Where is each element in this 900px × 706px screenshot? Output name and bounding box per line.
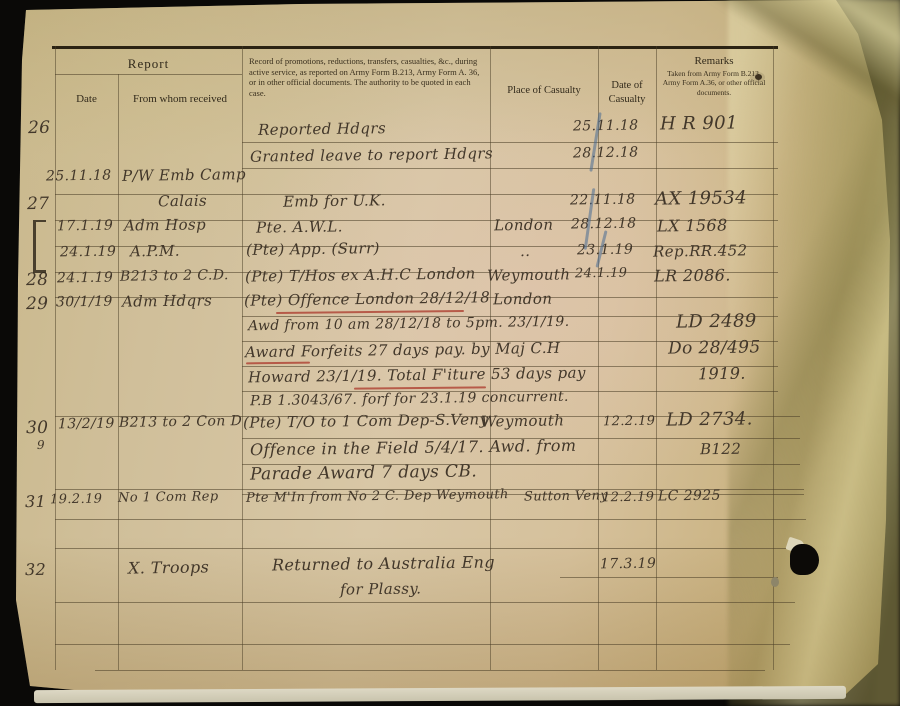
casualty-date: 12.2.19 [603,414,656,430]
column-header-date-of-casualty: Date of Casualty [603,79,651,106]
column-header-date: Date [55,93,118,105]
report-date: 19.2.19 [50,492,103,508]
entry-number: 26 [28,118,51,138]
column-header-report: Report [55,56,242,72]
column-line [55,46,56,670]
column-line [598,46,599,670]
from-whom-entry: No 1 Com Rep [118,489,219,505]
record-entry: (Pte) T/Hos ex A.H.C London [245,264,476,285]
column-line [490,46,491,670]
column-line [656,46,657,670]
column-line [242,46,243,670]
margin-bracket-mark [33,220,46,273]
place-entry: London [493,290,553,309]
ruled-line [560,577,778,578]
record-entry: Granted leave to report Hdqrs [250,144,493,165]
report-date: 30/1/19 [56,294,113,311]
ruled-line [242,168,778,169]
ruled-line [55,644,790,645]
record-entry: (Pte) App. (Surr) [246,239,380,259]
ruled-line [95,670,765,671]
entry-number-note: 9 [37,438,45,452]
remark-entry: B122 [700,440,742,459]
place-entry: .. [520,242,531,260]
remark-entry: LR 2086. [654,265,731,285]
ruled-line [55,519,806,520]
remark-entry: LD 2734. [666,408,753,430]
casualty-date: 28.12.18 [573,145,639,162]
record-entry: for Plassy. [340,579,422,598]
casualty-date: 17.3.19 [600,556,656,573]
entry-number: 29 [26,294,49,314]
casualty-date: 24.1.19 [575,266,628,282]
ruled-line [55,602,795,603]
remark-entry: LX 1568 [657,216,728,236]
from-whom-entry: Adm Hosp [124,215,206,234]
record-entry: Parade Award 7 days CB. [250,461,477,484]
report-date: 25.11.18 [46,168,112,185]
place-entry: Weymouth [481,411,565,430]
from-whom-entry: Adm Hdqrs [122,291,212,310]
report-date: 13/2/19 [58,416,115,433]
report-date: 24.1.19 [57,270,113,287]
place-entry: Sutton Veny [524,488,608,504]
record-entry: Reported Hdqrs [258,119,386,139]
remark-entry: Do 28/495 [668,337,761,358]
from-whom-entry: Calais [158,192,207,211]
table-top-rule [52,46,778,49]
entry-number: 27 [27,194,50,214]
ruled-line [242,142,778,143]
record-entry: Pte. A.W.L. [256,217,343,236]
casualty-date: 22.11.18 [570,192,636,209]
record-entry: (Pte) Offence London 28/12/18 [244,288,490,309]
from-whom-entry: B213 to 2 Con D [119,413,242,431]
remark-entry: AX 19534 [655,187,747,209]
place-entry: London [494,216,554,235]
column-header-remarks: Remarks [658,55,770,67]
entry-number: 31 [25,492,46,511]
column-header-record-note: Record of promotions, reductions, transf… [249,56,485,99]
scanned-document: Report Date From whom received Record of… [0,0,900,706]
from-whom-entry: B213 to 2 C.D. [120,267,229,285]
remark-entry: LC 2925 [658,488,721,505]
from-whom-entry: P/W Emb Camp [122,165,246,185]
record-entry: Emb for U.K. [283,191,386,210]
casualty-date: 25.11.18 [573,118,639,135]
from-whom-entry: A.P.M. [130,242,180,261]
remark-entry: 1919. [698,364,746,384]
entry-number: 30 [26,418,49,438]
column-header-place-of-casualty: Place of Casualty [490,85,598,96]
casualty-date: 12.2.19 [602,490,655,506]
report-date: 17.1.19 [57,218,113,235]
paper-speck [771,577,779,587]
record-entry: (Pte) T/O to 1 Com Dep-S.Veny [243,410,489,431]
record-entry: Returned to Australia Eng [272,552,495,574]
from-whom-entry: X. Troops [128,557,209,577]
place-entry: Weymouth [487,265,571,284]
ink-blot-center [755,74,762,80]
entry-number: 32 [25,560,46,579]
ruled-line [55,74,242,75]
paper-hole [790,544,819,575]
remark-entry: LD 2489 [676,310,757,332]
remark-entry: Rep.RR.452 [653,241,748,260]
ruled-line [55,548,806,549]
report-date: 24.1.19 [60,244,116,261]
remark-entry: H R 901 [660,112,738,134]
column-line [118,74,119,670]
column-header-from-whom: From whom received [118,93,242,105]
